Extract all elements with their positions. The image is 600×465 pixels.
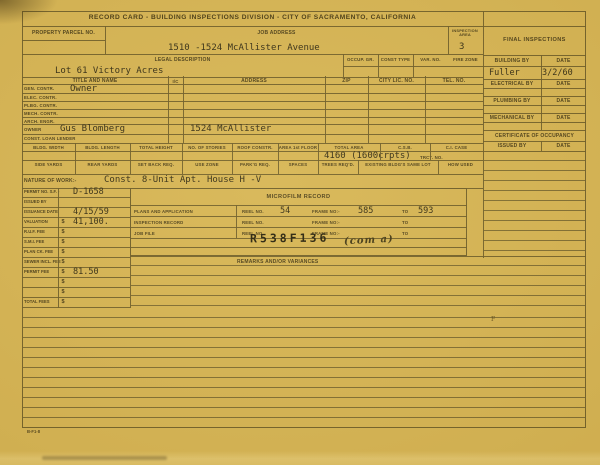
electrical-by-label: ELECTRICAL BY (483, 81, 541, 87)
side-yards-label: SIDE YARDS (22, 162, 75, 167)
rule-line (483, 55, 586, 56)
scan-smudge (42, 456, 167, 460)
rule-line (483, 96, 586, 97)
to-value: 593 (418, 207, 433, 216)
mechanical-by-label: MECHANICAL BY (483, 115, 541, 121)
rule-line (130, 227, 467, 228)
ruled-lines (484, 151, 586, 256)
fee-label: PERMIT NO. S.F. - (22, 190, 58, 194)
fee-dollar-sign: $ (58, 240, 68, 246)
total-area-label: TOTAL AREA (318, 145, 380, 150)
rear-yards-label: REAR YARDS (75, 162, 130, 167)
rule-line (318, 143, 319, 174)
rule-line (22, 93, 483, 94)
legal-description-label: LEGAL DESCRIPTION (22, 57, 343, 63)
fee-label: PERMIT FEE (22, 270, 58, 274)
fee-label: S.M.I. FEE (22, 240, 58, 244)
plbg-contr-label: PLBG. CONTR. (24, 103, 57, 108)
fee-dollar-sign: $ (58, 250, 68, 256)
ci-case-label: C.I. CASE (430, 145, 483, 150)
fee-label: PLAN CK. FEE (22, 250, 58, 254)
fee-dollar-sign: $ (58, 220, 68, 226)
plumbing-by-label: PLUMBING BY (483, 98, 541, 104)
roof-constr-label: ROOF CONSTR. (232, 145, 278, 150)
legal-description-value: Lot 61 Victory Acres (55, 67, 163, 76)
building-by-label: BUILDING BY (483, 58, 541, 64)
frame-no-label: FRAME NO:- (312, 220, 340, 225)
fee-row: $ (22, 278, 130, 288)
rule-line (105, 26, 106, 54)
microfilm-title: MICROFILM RECORD (130, 194, 467, 201)
const-loan-lender-label: CONST. LOAN LENDER (24, 136, 76, 141)
fee-dollar-sign: $ (58, 230, 68, 236)
to-label: TO (402, 231, 408, 236)
rule-line (22, 160, 483, 161)
rule-line (236, 205, 237, 238)
rule-line (483, 88, 586, 89)
rule-line (75, 143, 76, 174)
bldg-width-label: BLDG. WIDTH (22, 145, 75, 150)
rule-line (22, 26, 586, 27)
job-address-value: 1510 -1524 McAllister Avenue (168, 44, 320, 53)
fee-value: 81.50 (68, 268, 99, 277)
rule-line (168, 76, 169, 143)
fee-row: PERMIT FEE$81.50 (22, 268, 130, 278)
ruled-lines (131, 256, 586, 308)
rule-line (380, 143, 381, 160)
rule-line (483, 66, 586, 67)
job-file-label: JOB FILE (134, 231, 155, 236)
rule-line (182, 143, 183, 174)
const-type-label: CONST TYPE (378, 57, 413, 62)
fee-label: VALUATION (22, 220, 58, 224)
rule-line (368, 76, 369, 143)
rule-line (483, 130, 586, 131)
fee-row: PLAN CK. FEE$ (22, 248, 130, 258)
fee-row: R.U.F. FEE$ (22, 228, 130, 238)
rule-line (425, 76, 426, 143)
rule-line (541, 141, 542, 151)
occup-gr-label: OCCUP. GR. (343, 57, 378, 62)
trees-reqd-label: TREES REQ'D. (318, 162, 358, 167)
fee-label: ISSUANCE DATE (22, 210, 58, 214)
fee-value: 41,100. (68, 218, 109, 227)
form-number: B-F1-8 (27, 430, 40, 434)
rule-line (483, 105, 586, 106)
date-label: DATE (541, 81, 586, 87)
total-height-label: TOTAL HEIGHT (130, 145, 182, 150)
gen-contr-label: GEN. CONTR. (24, 86, 54, 91)
fee-row: TOTAL FEES$ (22, 298, 130, 308)
area-1st-floor-label: AREA 1st FLOOR (278, 145, 318, 150)
rule-line (325, 76, 326, 143)
csb-label: C.S.B. (380, 145, 430, 150)
date-label: DATE (541, 115, 586, 121)
rule-line (22, 117, 483, 118)
elec-contr-label: ELEC. CONTR. (24, 95, 57, 100)
rule-line (183, 76, 184, 143)
rule-line (483, 113, 586, 114)
rule-line (22, 143, 483, 144)
fee-dollar-sign: $ (58, 280, 68, 286)
final-inspections-title: FINAL INSPECTIONS (483, 37, 586, 44)
rule-line (483, 79, 586, 80)
fee-dollar-sign: $ (58, 290, 68, 296)
no-of-stories-label: NO. OF STORIES (182, 145, 232, 150)
rule-line (130, 216, 467, 217)
rule-line (130, 143, 131, 174)
rule-line (58, 188, 59, 308)
certificate-of-occupancy-label: CERTIFICATE OF OCCUPANCY (483, 133, 586, 139)
building-date-value: 3/2/60 (542, 69, 573, 78)
plans-application-label: PLANS AND APPLICATION (134, 209, 193, 214)
frame-no-value: 585 (358, 207, 373, 216)
nature-of-work-value: Const. 8-Unit Apt. House H -V (104, 176, 261, 185)
rule-line (448, 26, 449, 54)
rule-line (22, 101, 483, 102)
rule-line (438, 160, 439, 174)
fee-value: D-1658 (68, 188, 104, 197)
frame-no-label: FRAME NO:- (312, 209, 340, 214)
fire-zone-label: FIRE ZONE (448, 57, 483, 62)
rule-line (22, 109, 483, 110)
property-parcel-label: PROPERTY PARCEL NO. (22, 30, 105, 36)
job-address-label: JOB ADDRESS (105, 30, 448, 36)
fee-label: TOTAL FEES (22, 300, 58, 304)
rule-line (130, 247, 467, 248)
date-label: DATE (541, 98, 586, 104)
inspection-record-label: INSPECTION RECORD (134, 220, 183, 225)
fee-dollar-sign: $ (58, 270, 68, 276)
fee-row: $ (22, 288, 130, 298)
rule-line (22, 134, 483, 135)
mech-contr-label: MECH. CONTR. (24, 111, 58, 116)
reel-no-label: REEL NO. (242, 209, 264, 214)
record-card: RECORD CARD - BUILDING INSPECTIONS DIVIS… (0, 0, 600, 465)
use-zone-label: USE ZONE (182, 162, 232, 167)
how-used-label: HOW USED (438, 162, 483, 167)
nature-of-work-label: NATURE OF WORK:- (24, 178, 77, 184)
rule-line (22, 151, 483, 152)
owner-label: OWNER (24, 127, 41, 132)
fee-label: SEWER INCL. FEE (22, 260, 58, 264)
owner-name: Gus Blomberg (60, 125, 125, 134)
fee-label: R.U.F. FEE (22, 230, 58, 234)
fee-row: PERMIT NO. S.F. -D-1658 (22, 188, 130, 198)
rule-line (278, 143, 279, 174)
reel-no-value: 54 (280, 207, 290, 216)
rule-line (483, 141, 586, 142)
rule-line (343, 54, 344, 77)
building-by-value: Fuller (489, 69, 520, 78)
fee-dollar-sign: $ (58, 260, 68, 266)
owner-address: 1524 McAllister (190, 125, 271, 134)
rule-line (541, 55, 542, 130)
rule-line (358, 160, 359, 174)
fee-label: ISSUED BY (22, 200, 58, 204)
date-label: DATE (541, 143, 586, 149)
rule-line (378, 54, 379, 77)
rule-line (130, 205, 467, 206)
to-label: TO (402, 209, 408, 214)
spaces-label: SPACES (278, 162, 318, 167)
issued-by-label: ISSUED BY (483, 143, 541, 149)
fee-row: VALUATION$41,100. (22, 218, 130, 228)
stray-mark: F (491, 316, 495, 323)
rule-line (22, 40, 105, 41)
rule-line (483, 122, 586, 123)
ruled-lines (23, 308, 586, 423)
fee-row: S.M.I. FEE$ (22, 238, 130, 248)
rule-line (413, 54, 414, 77)
handwritten-microfilm-code: R538F136 (250, 233, 329, 245)
card-title: RECORD CARD - BUILDING INSPECTIONS DIVIS… (22, 14, 483, 22)
var-no-label: VAR. NO. (413, 57, 448, 62)
existing-bldgs-same-lot-label: EXISTING BLDG'S SAME LOT (358, 162, 438, 167)
fee-value: 4/15/59 (68, 208, 109, 217)
inspection-area-value: 3 (459, 43, 464, 52)
bldg-length-label: BLDG. LENGTH (75, 145, 130, 150)
rule-line (232, 143, 233, 174)
parking-req-label: PARK'G REQ. (232, 162, 278, 167)
set-back-req-label: SET BACK REQ. (130, 162, 182, 167)
fee-table: PERMIT NO. S.F. -D-1658 ISSUED BY ISSUAN… (22, 188, 130, 308)
fee-dollar-sign: $ (58, 300, 68, 306)
reel-no-label: REEL NO. (242, 220, 264, 225)
to-label: TO (402, 220, 408, 225)
inspection-area-label: INSPECTION AREA (449, 29, 481, 38)
rule-line (430, 143, 431, 160)
date-label: DATE (541, 58, 586, 64)
